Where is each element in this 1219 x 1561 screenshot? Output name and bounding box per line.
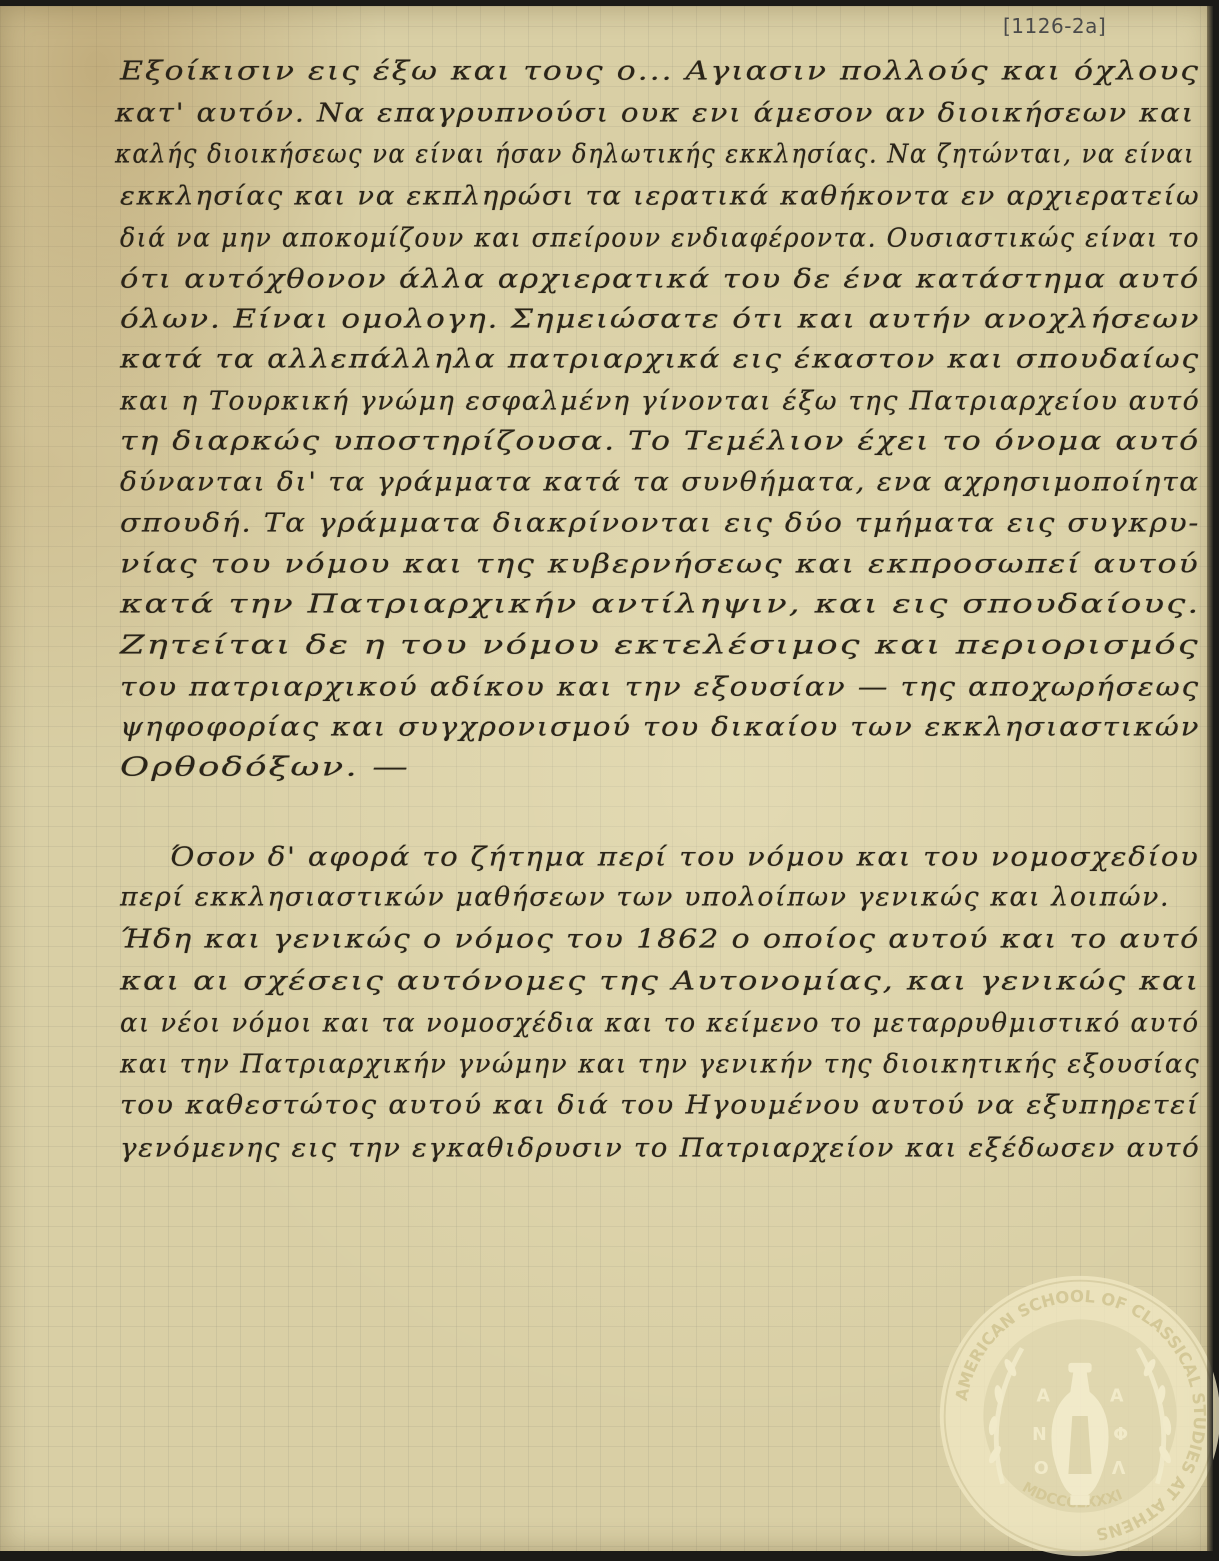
handwritten-line: του πατριαρχικού αδίκου και την εξουσίαν… — [120, 671, 1200, 701]
svg-text:Φ: Φ — [1113, 1425, 1128, 1445]
handwritten-line: διά να μην αποκομίζουν και σπείρουν ενδι… — [120, 222, 1200, 252]
institution-seal-icon: AMERICAN SCHOOL OF CLASSICAL STUDIES AT … — [935, 1271, 1219, 1554]
svg-text:Ν: Ν — [1032, 1425, 1047, 1445]
handwritten-line: ότι αυτόχθονον άλλα αρχιερατικά του δε έ… — [120, 263, 1200, 293]
handwritten-line: καλής διοικήσεως να είναι ήσαν δηλωτικής… — [115, 138, 1195, 168]
handwritten-line: και την Πατριαρχικήν γνώμην και την γενι… — [120, 1048, 1200, 1078]
handwritten-line: και αι σχέσεις αυτόνομες της Αυτονομίας,… — [120, 965, 1200, 995]
handwritten-line: και η Τουρκική γνώμη εσφαλμένη γίνονται … — [120, 385, 1200, 415]
handwritten-line: τη διαρκώς υποστηρίζουσα. Το Τεμέλιον έχ… — [120, 425, 1200, 455]
handwritten-line: περί εκκλησιαστικών μαθήσεων των υπολοίπ… — [120, 881, 1170, 911]
handwritten-line: Όσον δ' αφορά το ζήτημα περί του νόμου κ… — [170, 841, 1200, 871]
svg-text:Ο: Ο — [1034, 1459, 1049, 1479]
svg-text:Λ: Λ — [1112, 1459, 1126, 1479]
handwritten-line: δύνανται δι' τα γράμματα κατά τα συνθήμα… — [120, 466, 1200, 496]
handwritten-line: γενόμενης εις την εγκαθιδρυσιν το Πατρια… — [120, 1132, 1200, 1162]
handwritten-line: ψηφοφορίας και συγχρονισμού του δικαίου … — [120, 711, 1200, 741]
handwritten-line: κατ' αυτόν. Να επαγρυπνούσι ουκ ενι άμεσ… — [115, 97, 1195, 127]
svg-text:Α: Α — [1037, 1387, 1051, 1407]
handwritten-line: όλων. Είναι ομολογη. Σημειώσατε ότι και … — [120, 303, 1200, 333]
handwritten-line: Ζητείται δε η του νόμου εκτελέσιμος και … — [120, 629, 1200, 659]
svg-text:Α: Α — [1110, 1387, 1124, 1407]
handwritten-line: Ορθοδόξων. — — [120, 751, 410, 781]
handwritten-line: Ήδη και γενικώς ο νόμος του 1862 ο οποίο… — [120, 923, 1200, 953]
handwritten-line: κατά την Πατριαρχικήν αντίληψιν, και εις… — [120, 588, 1200, 618]
handwritten-line: του καθεστώτος αυτού και διά του Ηγουμέν… — [120, 1089, 1200, 1119]
handwritten-line: νίας του νόμου και της κυβερνήσεως και ε… — [120, 548, 1200, 578]
handwritten-line: εκκλησίας και να εκπληρώσι τα ιερατικά κ… — [120, 180, 1200, 210]
handwritten-line: αι νέοι νόμοι και τα νομοσχέδια και το κ… — [120, 1007, 1200, 1037]
handwritten-line: σπουδή. Τα γράμματα διακρίνονται εις δύο… — [120, 507, 1200, 537]
handwritten-line: Εξοίκισιν εις έξω και τους ο... Αγιασιν … — [120, 55, 1200, 85]
manuscript-page: [1126-2a] Εξοίκισιν εις έξω και τους ο..… — [0, 6, 1213, 1551]
handwritten-line: κατά τα αλλεπάλληλα πατριαρχικά εις έκασ… — [120, 343, 1200, 373]
